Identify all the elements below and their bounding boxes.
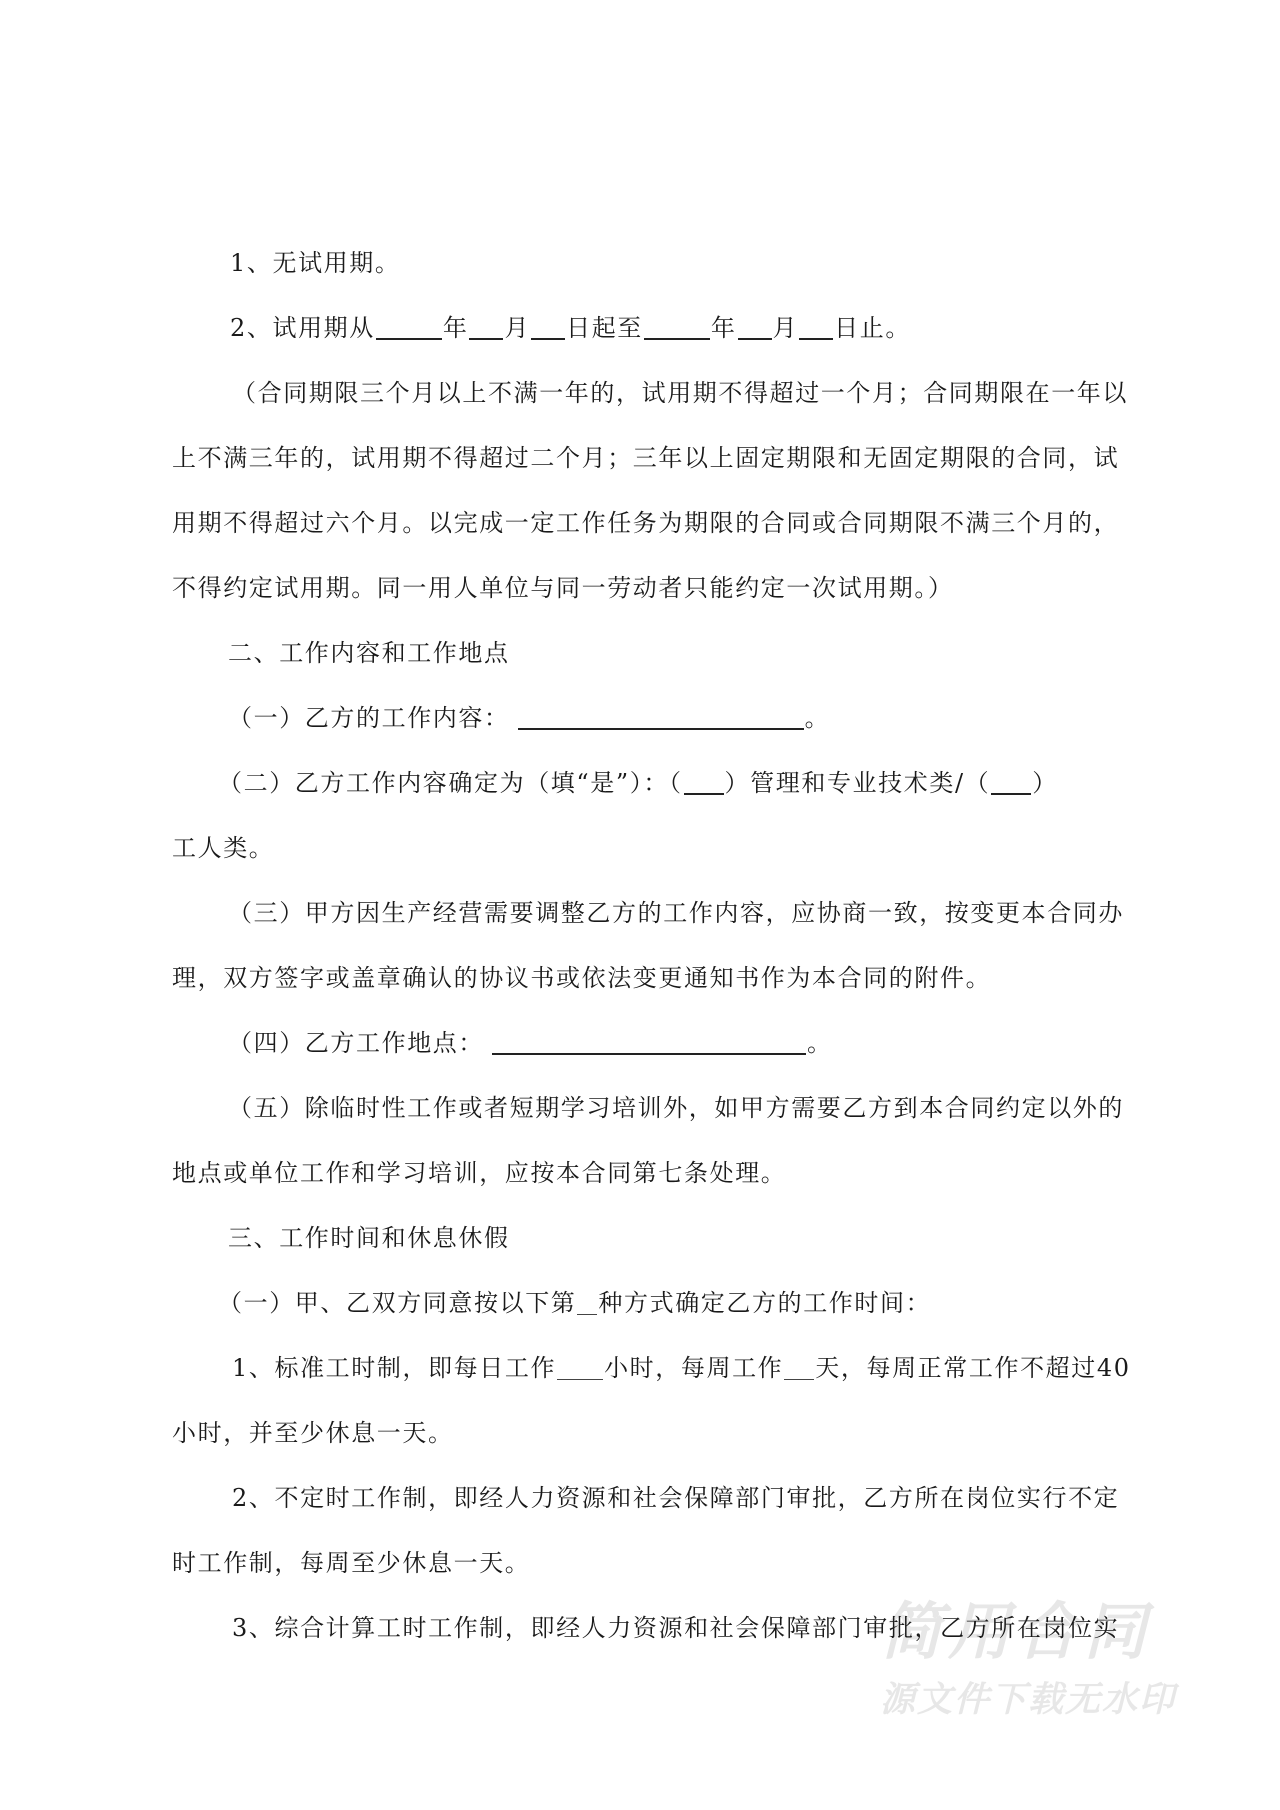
probation-note-line: （合同期限三个月以上不满一年的，试用期不得超过一个月；合同期限在一年以: [232, 373, 1192, 413]
work-location-clause: （四）乙方工作地点：。: [228, 1023, 1188, 1063]
text-fragment: 日起至: [566, 314, 643, 342]
text-fragment: ）: [1032, 769, 1058, 797]
section-heading-working-hours: 三、工作时间和休息休假: [228, 1218, 1188, 1258]
end-month-blank[interactable]: [738, 312, 772, 340]
text-fragment: 月: [504, 314, 530, 342]
document-page: 简用合同 源文件下载无水印 1、无试用期。 2、试用期从年月日起至年月日止。 （…: [0, 0, 1280, 1810]
flexible-hours-continuation: 时工作制，每周至少休息一天。: [172, 1543, 1132, 1583]
watermark-tagline: 源文件下载无水印: [880, 1672, 1176, 1722]
text-fragment: （一）乙方的工作内容：: [228, 704, 510, 732]
working-hours-option-blank[interactable]: [577, 1288, 597, 1315]
probation-option-none: 1、无试用期。: [230, 243, 1190, 283]
adjustment-clause: （三）甲方因生产经营需要调整乙方的工作内容，应协商一致，按变更本合同办: [228, 893, 1188, 933]
text-fragment: （四）乙方工作地点：: [228, 1029, 484, 1057]
work-category-continuation: 工人类。: [172, 828, 1132, 868]
standard-hours-clause: 1、标准工时制，即每日工作小时，每周工作天，每周正常工作不超过40: [232, 1348, 1192, 1388]
text-fragment: 种方式确定乙方的工作时间：: [598, 1289, 931, 1317]
text-fragment: 年: [711, 314, 737, 342]
relocation-clause-continuation: 地点或单位工作和学习培训，应按本合同第七条处理。: [172, 1153, 1132, 1193]
flexible-hours-clause: 2、不定时工作制，即经人力资源和社会保障部门审批，乙方所在岗位实行不定: [232, 1478, 1192, 1518]
text-fragment: 日止。: [834, 314, 911, 342]
text-fragment: 年: [443, 314, 469, 342]
start-month-blank[interactable]: [469, 312, 503, 340]
text-fragment: （一）甲、乙双方同意按以下第: [218, 1289, 576, 1317]
work-content-blank[interactable]: [518, 702, 804, 730]
text-fragment: 天，每周正常工作不超过40: [815, 1354, 1130, 1382]
work-location-blank[interactable]: [492, 1027, 806, 1055]
section-heading-work-content: 二、工作内容和工作地点: [228, 633, 1188, 673]
end-day-blank[interactable]: [799, 312, 833, 340]
comprehensive-hours-clause: 3、综合计算工时工作制，即经人力资源和社会保障部门审批，乙方所在岗位实: [232, 1608, 1192, 1648]
text-fragment: 小时，每周工作: [604, 1354, 783, 1382]
text-fragment: （二）乙方工作内容确定为（填“是”）：（: [218, 769, 683, 797]
text-fragment: 1、标准工时制，即每日工作: [232, 1354, 556, 1382]
work-content-clause: （一）乙方的工作内容：。: [228, 698, 1188, 738]
standard-hours-continuation: 小时，并至少休息一天。: [172, 1413, 1132, 1453]
adjustment-clause-continuation: 理，双方签字或盖章确认的协议书或依法变更通知书作为本合同的附件。: [172, 958, 1132, 998]
text-fragment: 2、试用期从: [230, 314, 375, 342]
weekly-days-blank[interactable]: [784, 1353, 814, 1380]
management-category-blank[interactable]: [684, 767, 724, 795]
start-year-blank[interactable]: [376, 312, 442, 340]
relocation-clause: （五）除临时性工作或者短期学习培训外，如甲方需要乙方到本合同约定以外的: [228, 1088, 1188, 1128]
text-fragment: 月: [773, 314, 799, 342]
text-fragment: 。: [807, 1029, 833, 1057]
start-day-blank[interactable]: [531, 312, 565, 340]
text-fragment: 。: [805, 704, 831, 732]
probation-note-line: 上不满三年的，试用期不得超过二个月；三年以上固定期限和无固定期限的合同，试: [172, 438, 1132, 478]
daily-hours-blank[interactable]: [557, 1353, 603, 1380]
worker-category-blank[interactable]: [991, 767, 1031, 795]
end-year-blank[interactable]: [644, 312, 710, 340]
working-hours-choice-clause: （一）甲、乙双方同意按以下第种方式确定乙方的工作时间：: [218, 1283, 1178, 1323]
probation-note-line: 不得约定试用期。同一用人单位与同一劳动者只能约定一次试用期。）: [172, 568, 1132, 608]
probation-note-line: 用期不得超过六个月。以完成一定工作任务为期限的合同或合同期限不满三个月的，: [172, 503, 1132, 543]
probation-option-period: 2、试用期从年月日起至年月日止。: [230, 308, 1190, 348]
work-category-clause: （二）乙方工作内容确定为（填“是”）：（）管理和专业技术类/（）: [218, 763, 1178, 803]
text-fragment: ）管理和专业技术类/（: [725, 769, 991, 797]
